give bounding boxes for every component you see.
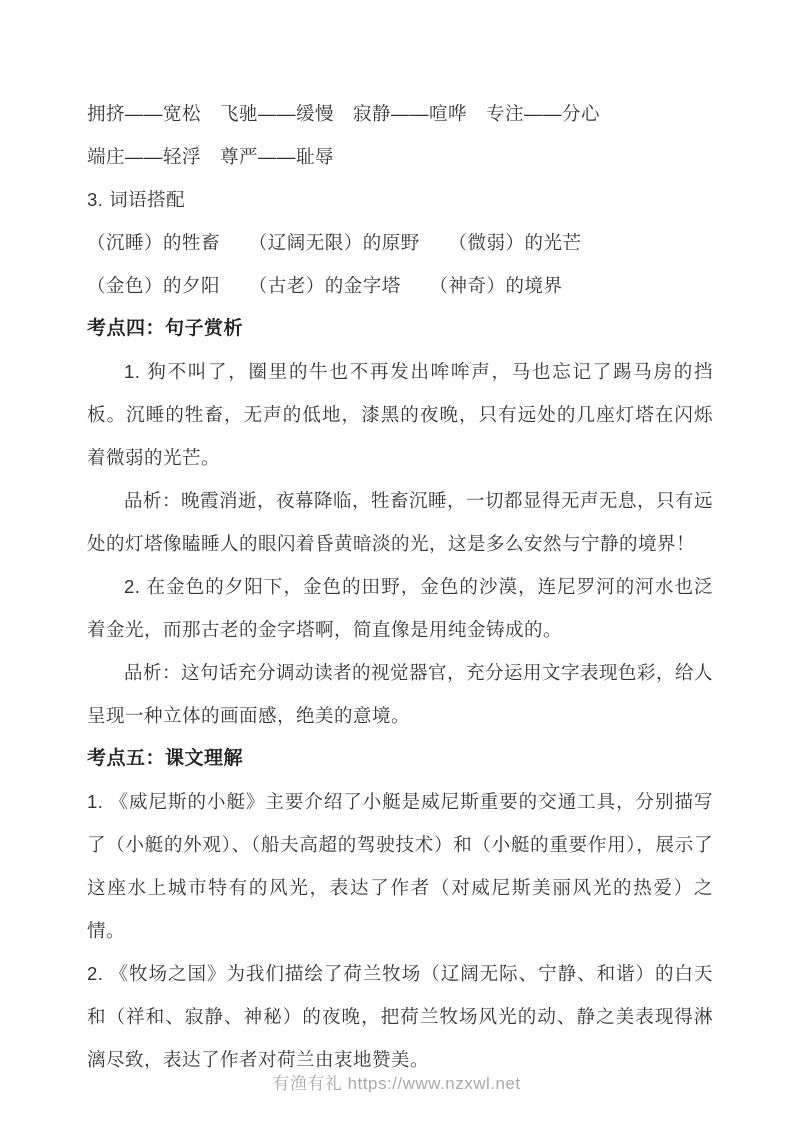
document-page: 拥挤——宽松 飞驰——缓慢 寂静——喧哗 专注——分心 端庄——轻浮 尊严——耻… [0,0,793,1122]
section-4-title: 考点四：句子赏析 [87,307,713,350]
antonym-pairs-line-1: 拥挤——宽松 飞驰——缓慢 寂静——喧哗 专注——分心 [87,92,713,135]
antonym-pairs-line-2: 端庄——轻浮 尊严——耻辱 [87,135,713,178]
section-4-sentence-2: 2. 在金色的夕阳下，金色的田野，金色的沙漠，连尼罗河的河水也泛着金光，而那古老… [87,565,713,651]
section-4-sentence-1: 1. 狗不叫了，圈里的牛也不再发出哞哞声，马也忘记了踢马房的挡板。沉睡的牲畜，无… [87,350,713,479]
section-4-analysis-1: 品析：晚霞消逝，夜幕降临，牲畜沉睡，一切都显得无声无息，只有远处的灯塔像瞌睡人的… [87,479,713,565]
collocation-heading: 3. 词语搭配 [87,178,713,221]
section-5-title: 考点五：课文理解 [87,737,713,780]
section-4-analysis-2: 品析：这句话充分调动读者的视觉器官，充分运用文字表现色彩，给人呈现一种立体的画面… [87,651,713,737]
section-5-item-1: 1. 《威尼斯的小艇》主要介绍了小艇是威尼斯重要的交通工具，分别描写了（小艇的外… [87,780,713,952]
section-5-item-2: 2. 《牧场之国》为我们描绘了荷兰牧场（辽阔无际、宁静、和谐）的白天和（祥和、寂… [87,952,713,1081]
collocation-line-1: （沉睡）的牲畜 （辽阔无限）的原野 （微弱）的光芒 [87,221,713,264]
footer-watermark: 有渔有礼 https://www.nzxwl.net [0,1069,793,1094]
collocation-line-2: （金色）的夕阳 （古老）的金字塔 （神奇）的境界 [87,264,713,307]
document-body: 拥挤——宽松 飞驰——缓慢 寂静——喧哗 专注——分心 端庄——轻浮 尊严——耻… [87,92,713,1081]
